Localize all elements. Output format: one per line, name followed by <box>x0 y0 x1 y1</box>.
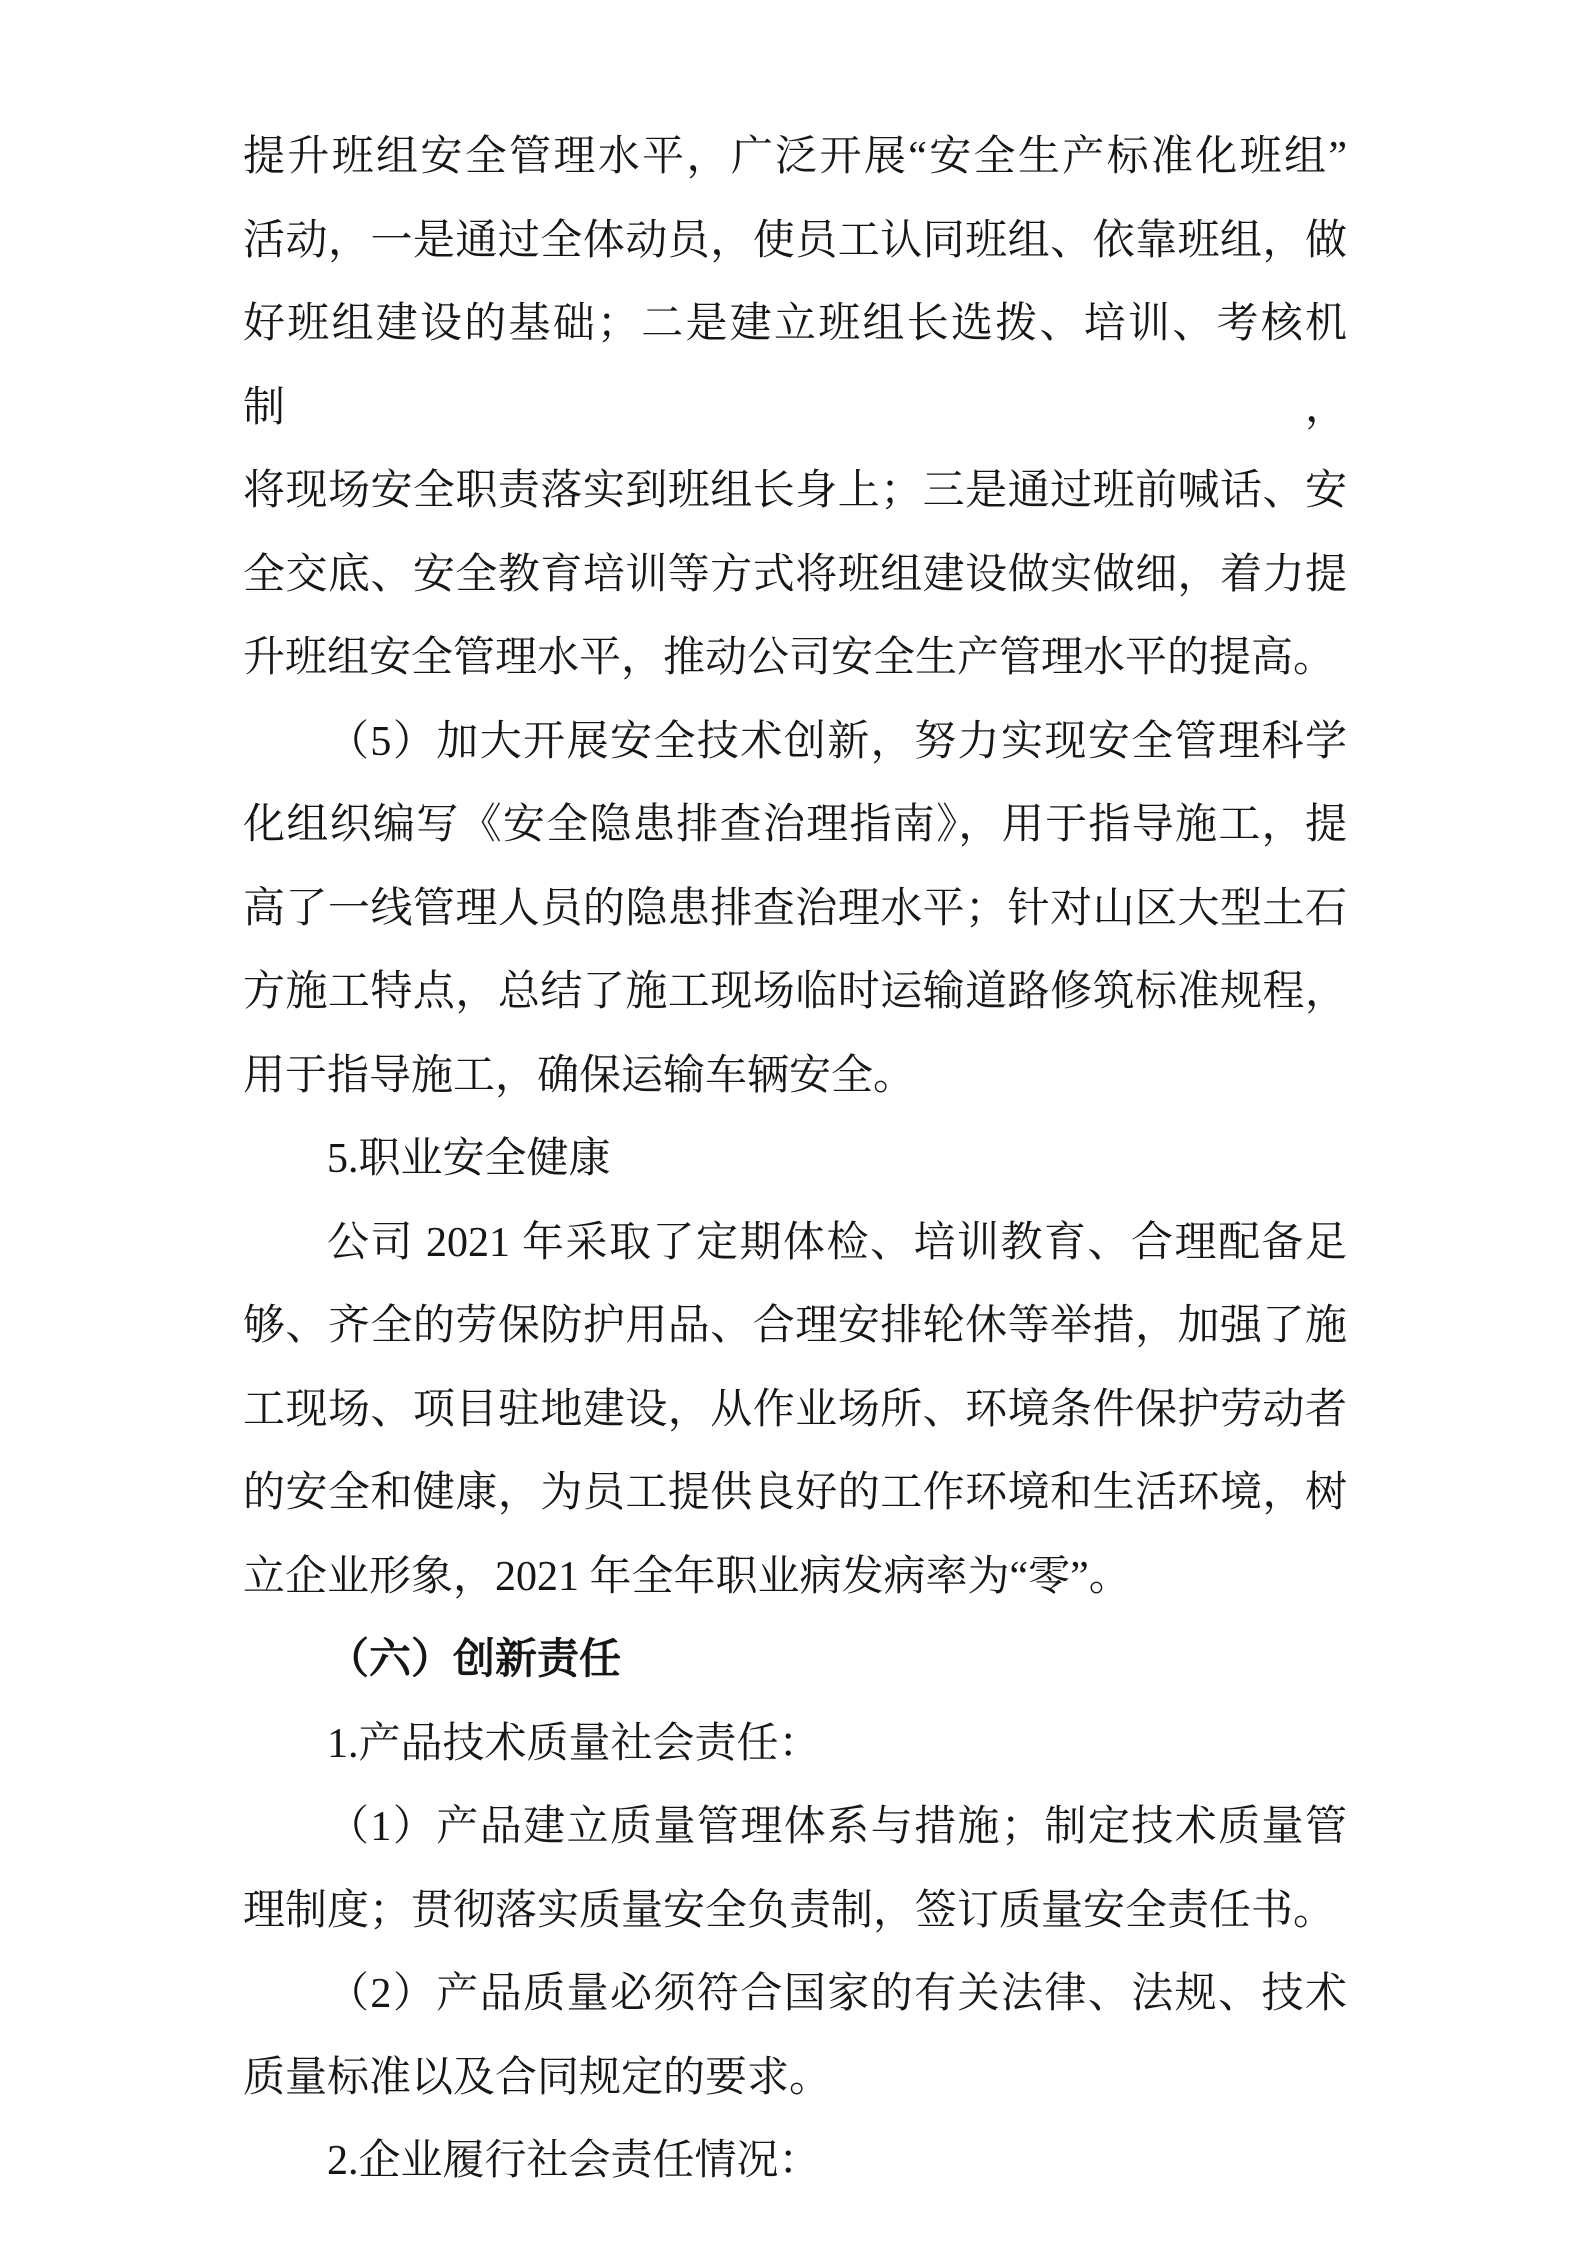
text-line: 1.产品技术质量社会责任： <box>243 1703 1347 1787</box>
page-content: 提升班组安全管理水平，广泛开展“安全生产标准化班组”活动，一是通过全体动员，使员… <box>243 116 1347 2204</box>
text-line: （2）产品质量必须符合国家的有关法律、法规、技术 <box>243 1953 1347 2037</box>
text-line: 公司 2021 年采取了定期体检、培训教育、合理配备足 <box>243 1202 1347 1286</box>
text-line: 活动，一是通过全体动员，使员工认同班组、依靠班组，做 <box>243 200 1347 284</box>
text-line: 工现场、项目驻地建设，从作业场所、环境条件保护劳动者 <box>243 1369 1347 1453</box>
text-line: 质量标准以及合同规定的要求。 <box>243 2037 1347 2121</box>
text-line: 提升班组安全管理水平，广泛开展“安全生产标准化班组” <box>243 116 1347 200</box>
section-heading: （六）创新责任 <box>243 1619 1347 1703</box>
text-line: 化组织编写《安全隐患排查治理指南》，用于指导施工，提 <box>243 784 1347 868</box>
text-line: 5.职业安全健康 <box>243 1118 1347 1202</box>
text-line: 将现场安全职责落实到班组长身上；三是通过班前喊话、安 <box>243 450 1347 534</box>
text-line: 够、齐全的劳保防护用品、合理安排轮休等举措，加强了施 <box>243 1285 1347 1369</box>
text-line: （1）产品建立质量管理体系与措施；制定技术质量管 <box>243 1786 1347 1870</box>
text-line: 全交底、安全教育培训等方式将班组建设做实做细，着力提 <box>243 534 1347 618</box>
text-line: 用于指导施工，确保运输车辆安全。 <box>243 1035 1347 1119</box>
text-line: 好班组建设的基础；二是建立班组长选拨、培训、考核机制， <box>243 283 1347 450</box>
text-line: （5）加大开展安全技术创新，努力实现安全管理科学 <box>243 701 1347 785</box>
text-line: 2.企业履行社会责任情况： <box>243 2120 1347 2204</box>
text-line: 方施工特点，总结了施工现场临时运输道路修筑标准规程， <box>243 951 1347 1035</box>
document-page: 提升班组安全管理水平，广泛开展“安全生产标准化班组”活动，一是通过全体动员，使员… <box>0 0 1587 2245</box>
text-line: 升班组安全管理水平，推动公司安全生产管理水平的提高。 <box>243 617 1347 701</box>
text-line: 立企业形象，2021 年全年职业病发病率为“零”。 <box>243 1536 1347 1620</box>
text-line: 高了一线管理人员的隐患排查治理水平；针对山区大型土石 <box>243 868 1347 952</box>
text-line: 理制度；贯彻落实质量安全负责制，签订质量安全责任书。 <box>243 1870 1347 1954</box>
text-line: 的安全和健康，为员工提供良好的工作环境和生活环境，树 <box>243 1452 1347 1536</box>
